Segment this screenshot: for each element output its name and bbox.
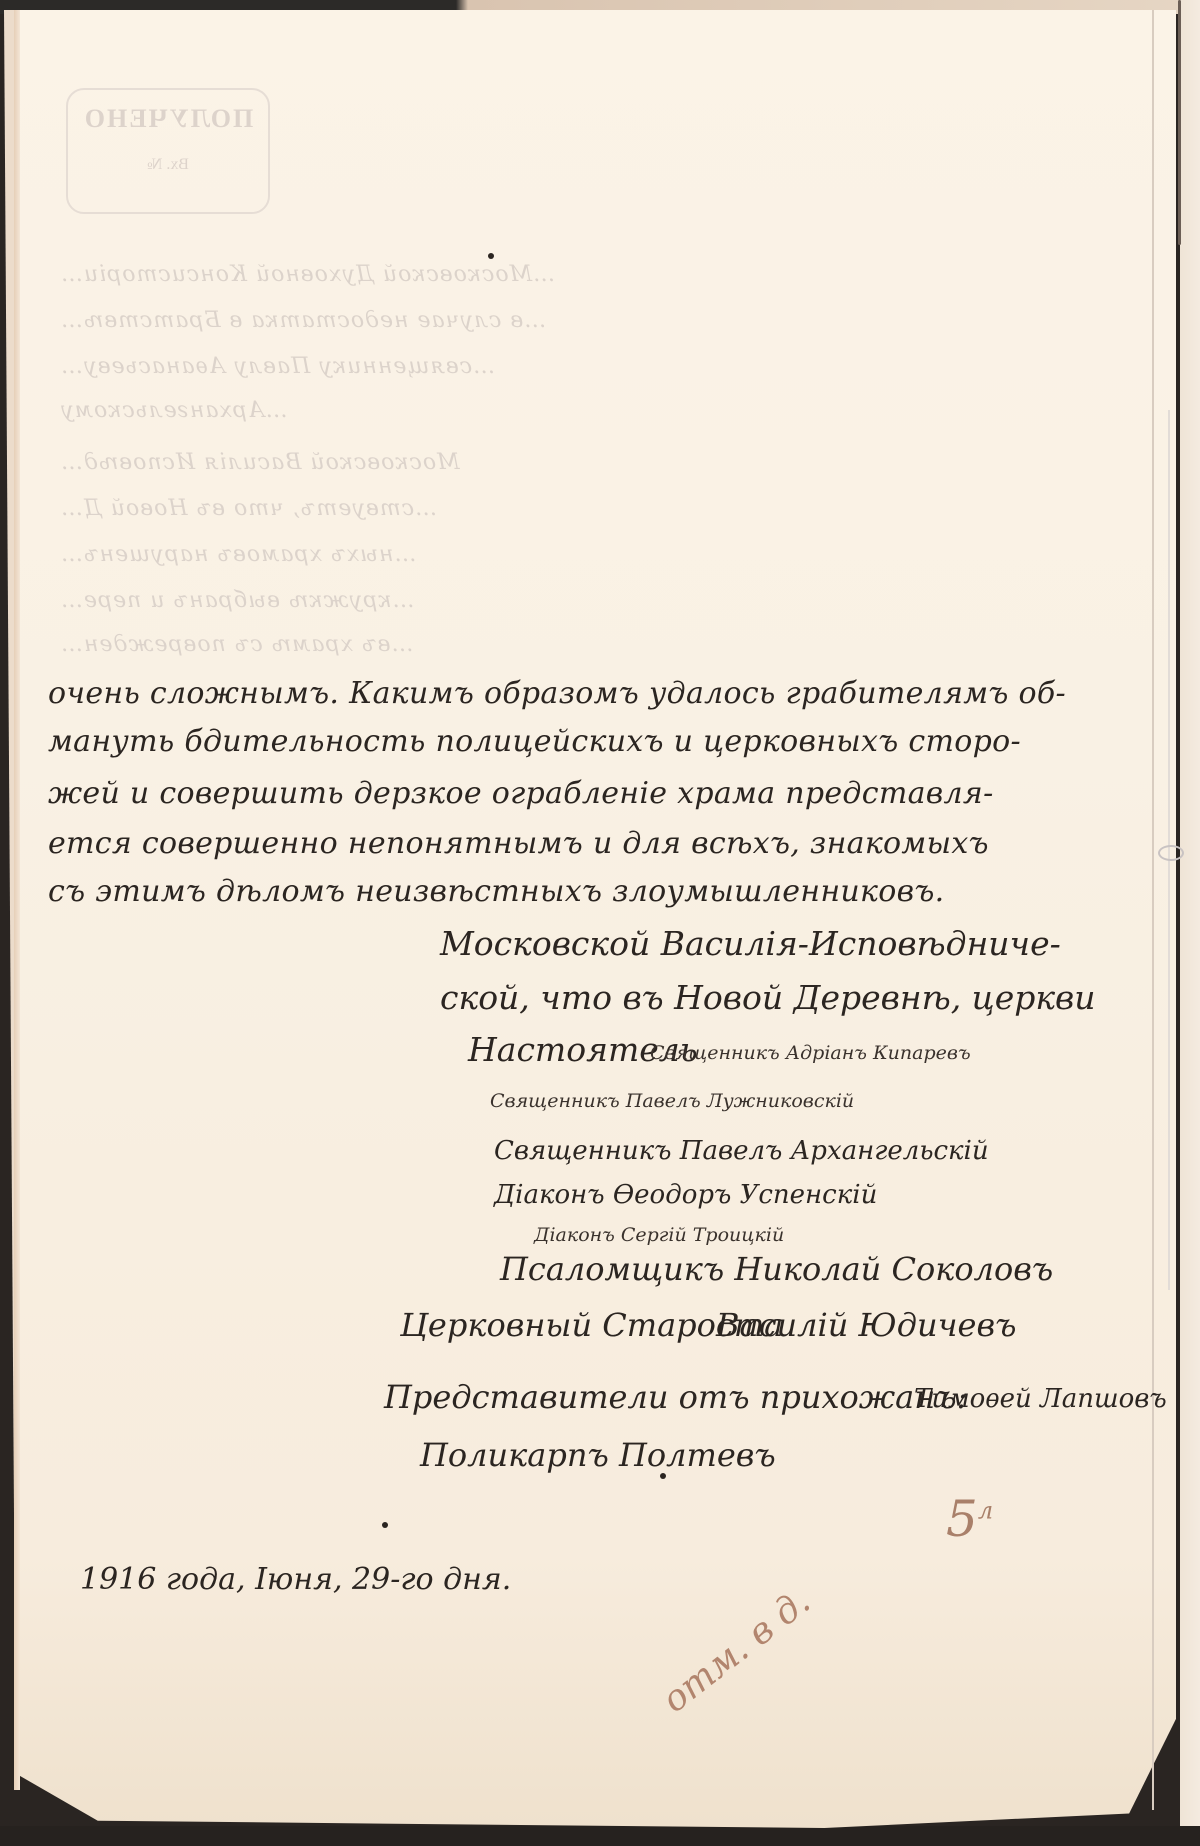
bleed-through-line: …священнику Павлу Аѳанасьеву… xyxy=(60,354,495,379)
document-date: 1916 года, Іюня, 29-го дня. xyxy=(80,1562,511,1597)
parish-representatives-label: Представители отъ прихожанъ: xyxy=(384,1378,967,1416)
signature-priest-2: Священникъ Павелъ Архангельскій xyxy=(494,1136,989,1166)
signature-deacon-1: Діаконъ Ѳеодоръ Успенскій xyxy=(494,1180,877,1210)
parish-representative-2: Поликарпъ Полтевъ xyxy=(420,1436,776,1474)
signature-deacon-2: Діаконъ Сергій Троицкій xyxy=(534,1224,784,1246)
church-name-line: ской, что въ Новой Деревнѣ, церкви xyxy=(440,978,1096,1017)
ink-dot xyxy=(660,1473,666,1479)
ink-dot xyxy=(382,1522,388,1528)
church-name-line: Московской Василія-Исповѣдниче- xyxy=(440,924,1061,963)
received-stamp: ПОЛУЧЕНО Вх. № xyxy=(66,88,270,214)
ink-dot xyxy=(488,253,494,259)
folio-number: 5 xyxy=(946,1490,978,1548)
bleed-through-line: …ствуетъ, что въ Новой Д… xyxy=(60,496,437,521)
binding-knot-icon xyxy=(1158,845,1184,861)
binding-thread-icon xyxy=(1178,0,1181,245)
page-left-edge xyxy=(14,10,20,1790)
signature-church-warden: Василій Юдичевъ xyxy=(716,1306,1016,1344)
pencil-folio-number: 5л xyxy=(946,1490,993,1548)
body-text-line: мануть бдительность полицейскихъ и церко… xyxy=(48,724,1021,759)
bleed-through-line: …въ храмѣ съ поврежден… xyxy=(60,632,413,657)
page-fold-line xyxy=(1152,10,1154,1810)
bleed-through-line: Московской Василія Исповѣд… xyxy=(60,450,460,475)
signature-rector: Священникъ Адріанъ Кипаревъ xyxy=(650,1042,971,1064)
scan-background-bottom xyxy=(0,1826,1200,1846)
bleed-through-line: …Московской Духовной Консисторіи… xyxy=(60,262,555,287)
folio-superscript: л xyxy=(978,1496,993,1524)
signature-psalmist: Псаломщикъ Николай Соколовъ xyxy=(500,1250,1053,1288)
stamp-text: ПОЛУЧЕНО xyxy=(68,104,268,134)
body-text-line: ется совершенно непонятнымъ и для всѣхъ,… xyxy=(48,826,989,861)
stamp-subtext: Вх. № xyxy=(68,156,268,174)
parish-representative-1: Тимоѳей Лапшовъ xyxy=(914,1384,1167,1414)
bleed-through-line: …в случае недостатка в Братствѣ… xyxy=(60,308,546,333)
bleed-through-line: …кружкѣ выбранъ и пере… xyxy=(60,588,414,613)
body-text-line: жей и совершить дерзкое ограбленіе храма… xyxy=(48,776,994,811)
body-text-line: съ этимъ дѣломъ неизвѣстныхъ злоумышленн… xyxy=(48,874,945,909)
bleed-through-line: …Архангельскому xyxy=(60,398,288,423)
bleed-through-line: …ныхъ храмовъ нарушенъ… xyxy=(60,542,417,567)
signature-priest-1: Священникъ Павелъ Лужниковскій xyxy=(490,1090,854,1112)
scan-background-right xyxy=(1180,0,1200,1846)
body-text-line: очень сложнымъ. Какимъ образомъ удалось … xyxy=(48,676,1066,711)
